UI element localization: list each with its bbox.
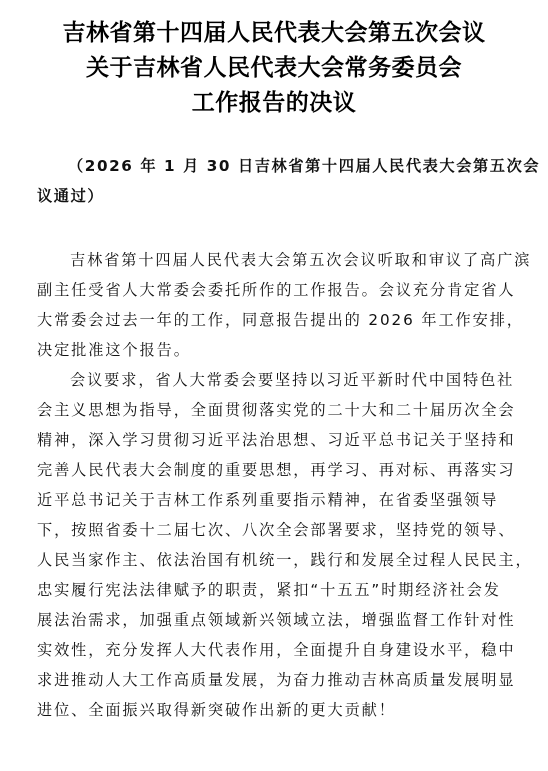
paragraph-2-line-9: 展法治需求，加强重点领域新兴领域立法，增强监督工作针对性: [37, 610, 487, 630]
paragraph-2-line-10: 实效性，充分发挥人大代表作用，全面提升自身建设水平，稳中: [37, 640, 487, 660]
paragraph-2-line-11: 求进推动人大工作高质量发展，为奋力推动吉林高质量发展明显: [37, 670, 487, 690]
paragraph-2-line-7: 人民当家作主、依法治国有机统一，践行和发展全过程人民民主，: [37, 550, 487, 570]
paragraph-1-line-4: 决定批准这个报告。: [37, 340, 487, 360]
paragraph-1-line-2: 副主任受省人大常委会委托所作的工作报告。会议充分肯定省人: [37, 280, 487, 300]
paragraph-2-line-5: 近平总书记关于吉林工作系列重要指示精神，在省委坚强领导: [37, 490, 487, 510]
paragraph-2-line-6: 下，按照省委十二届七次、八次全会部署要求，坚持党的领导、: [37, 520, 487, 540]
paragraph-1-line-3: 大常委会过去一年的工作，同意报告提出的 2026 年工作安排，: [37, 310, 487, 330]
adoption-note-line-2: 议通过）: [37, 186, 487, 206]
paragraph-2-line-1: 会议要求，省人大常委会要坚持以习近平新时代中国特色社: [70, 370, 520, 390]
paragraph-2-line-3: 精神，深入学习贯彻习近平法治思想、习近平总书记关于坚持和: [37, 430, 487, 450]
paragraph-2-line-4: 完善人民代表大会制度的重要思想，再学习、再对标、再落实习: [37, 460, 487, 480]
paragraph-1-line-1: 吉林省第十四届人民代表大会第五次会议听取和审议了高广滨: [70, 250, 520, 270]
paragraph-2-line-8: 忠实履行宪法法律赋予的职责，紧扣“十五五”时期经济社会发: [37, 580, 487, 600]
document-page: 吉林省第十四届人民代表大会第五次会议 关于吉林省人民代表大会常务委员会 工作报告…: [0, 0, 548, 771]
title-line-3: 工作报告的决议: [0, 88, 548, 118]
paragraph-2-line-2: 会主义思想为指导，全面贯彻落实党的二十大和二十届历次全会: [37, 400, 487, 420]
title-line-1: 吉林省第十四届人民代表大会第五次会议: [0, 18, 548, 48]
paragraph-2-line-12: 进位、全面振兴取得新突破作出新的更大贡献！: [37, 700, 487, 720]
title-line-2: 关于吉林省人民代表大会常务委员会: [0, 53, 548, 83]
adoption-note-line-1: （2026 年 1 月 30 日吉林省第十四届人民代表大会第五次会: [68, 156, 518, 176]
